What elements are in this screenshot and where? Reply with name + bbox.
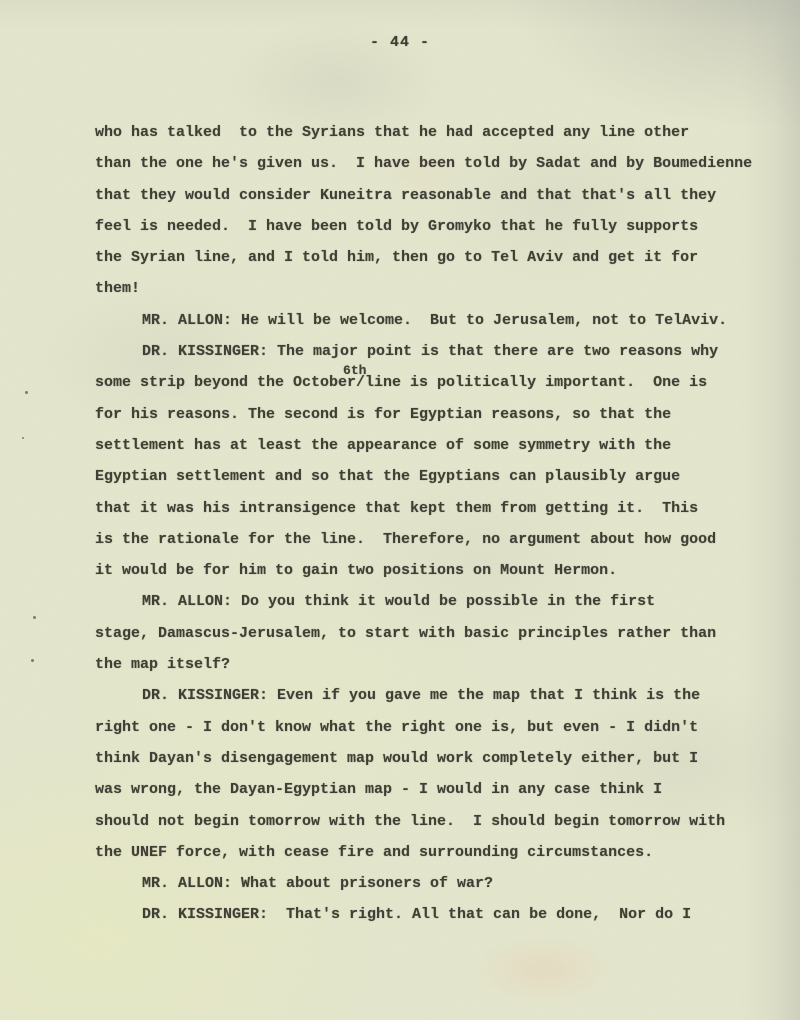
- transcript-line: should not begin tomorrow with the line.…: [95, 806, 785, 837]
- transcript-line: was wrong, the Dayan-Egyptian map - I wo…: [95, 774, 785, 805]
- transcript-line: right one - I don't know what the right …: [95, 712, 785, 743]
- page-number: - 44 -: [0, 34, 800, 51]
- transcript-line: who has talked to the Syrians that he ha…: [95, 117, 785, 148]
- transcript-line: than the one he's given us. I have been …: [95, 148, 785, 179]
- transcript-line: DR. KISSINGER: That's right. All that ca…: [95, 899, 785, 930]
- transcript-line: think Dayan's disengagement map would wo…: [95, 743, 785, 774]
- interline-insertion: 6th: [343, 364, 366, 377]
- transcript-line: it would be for him to gain two position…: [95, 555, 785, 586]
- transcript-line: DR. KISSINGER: The major point is that t…: [95, 336, 785, 367]
- transcript-line: for his reasons. The second is for Egypt…: [95, 399, 785, 430]
- transcript-line: Egyptian settlement and so that the Egyp…: [95, 461, 785, 492]
- ink-speck: [25, 391, 28, 394]
- transcript-line: the map itself?: [95, 649, 785, 680]
- transcript-line: MR. ALLON: Do you think it would be poss…: [95, 586, 785, 617]
- transcript-line: MR. ALLON: He will be welcome. But to Je…: [95, 305, 785, 336]
- transcript-line: that they would consider Kuneitra reason…: [95, 180, 785, 211]
- transcript-text-block: who has talked to the Syrians that he ha…: [95, 117, 785, 931]
- transcript-line: settlement has at least the appearance o…: [95, 430, 785, 461]
- transcript-line: the Syrian line, and I told him, then go…: [95, 242, 785, 273]
- ink-speck: [31, 659, 34, 662]
- transcript-line: some strip beyond the October/6thline is…: [95, 367, 785, 398]
- ink-speck: [33, 616, 36, 619]
- transcript-line: the UNEF force, with cease fire and surr…: [95, 837, 785, 868]
- transcript-line: MR. ALLON: What about prisoners of war?: [95, 868, 785, 899]
- transcript-line: feel is needed. I have been told by Grom…: [95, 211, 785, 242]
- transcript-line: is the rationale for the line. Therefore…: [95, 524, 785, 555]
- transcript-line: that it was his intransigence that kept …: [95, 493, 785, 524]
- scanned-document-page: - 44 - who has talked to the Syrians tha…: [0, 0, 800, 1020]
- ink-speck: [22, 437, 24, 439]
- transcript-line: DR. KISSINGER: Even if you gave me the m…: [95, 680, 785, 711]
- transcript-line: them!: [95, 273, 785, 304]
- transcript-line: stage, Damascus-Jerusalem, to start with…: [95, 618, 785, 649]
